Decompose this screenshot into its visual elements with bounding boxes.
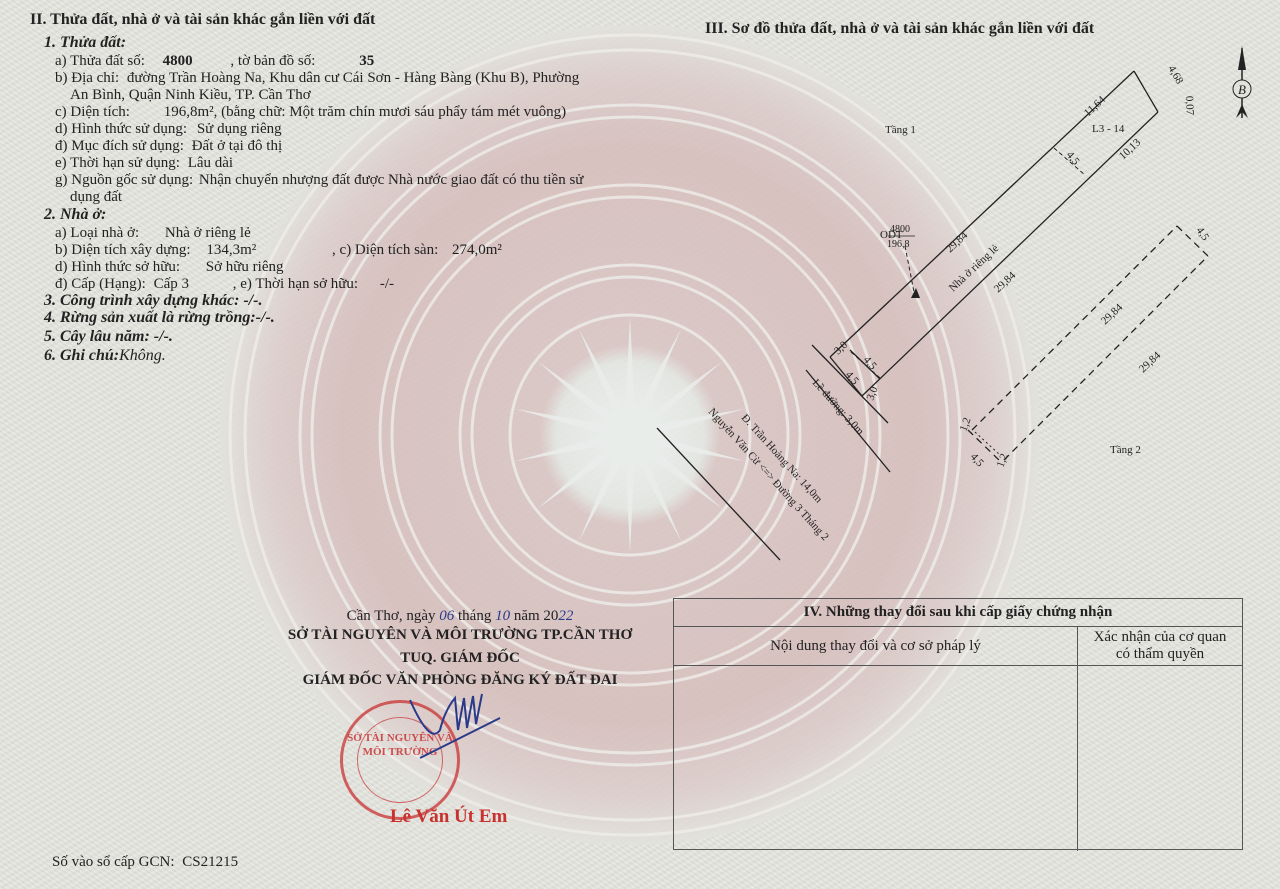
svg-text:4800: 4800 <box>890 224 910 235</box>
svg-text:10,13: 10,13 <box>1117 136 1144 162</box>
svg-text:Nguyễn Văn Cừ <=> Đường 3 Thán: Nguyễn Văn Cừ <=> Đường 3 Tháng 2 <box>706 406 831 543</box>
svg-text:4,5: 4,5 <box>968 451 986 470</box>
north-arrow-icon: B <box>1233 46 1251 118</box>
date-year: 22 <box>558 608 573 624</box>
section-4-title: IV. Những thay đổi sau khi cấp giấy chứn… <box>674 599 1242 627</box>
svg-text:29,84: 29,84 <box>1099 301 1126 327</box>
svg-text:4,5: 4,5 <box>1064 149 1082 168</box>
svg-text:Tầng 2: Tầng 2 <box>1110 444 1141 456</box>
proxy-title: TUQ. GIÁM ĐỐC <box>255 650 665 667</box>
date-day: 06 <box>439 608 454 624</box>
changes-table: IV. Những thay đổi sau khi cấp giấy chứn… <box>673 598 1243 850</box>
date-month: 10 <box>495 608 510 624</box>
svg-text:4,68: 4,68 <box>1165 64 1185 87</box>
svg-text:Tầng 1: Tầng 1 <box>885 124 916 136</box>
svg-text:Lề đường: 3,0m: Lề đường: 3,0m <box>810 377 867 438</box>
svg-text:L3 - 14: L3 - 14 <box>1092 123 1125 135</box>
handwritten-signature <box>400 690 510 780</box>
svg-text:196,8: 196,8 <box>887 239 910 250</box>
gcn-register-label: Số vào sổ cấp GCN: <box>52 854 175 870</box>
signer-name: Lê Văn Út Em <box>390 806 507 828</box>
svg-text:1,2: 1,2 <box>995 452 1011 469</box>
issuing-org: SỞ TÀI NGUYÊN VÀ MÔI TRƯỜNG TP.CẦN THƠ <box>255 627 665 644</box>
floor-2-outline <box>968 226 1208 461</box>
col-authority-confirmation: Xác nhận của cơ quan có thẩm quyền <box>1078 627 1242 665</box>
svg-text:3,0: 3,0 <box>832 339 851 357</box>
svg-text:4,5: 4,5 <box>843 369 861 388</box>
parcel-outline <box>657 71 1158 560</box>
svg-text:29,84: 29,84 <box>944 229 971 255</box>
change-content-cell <box>674 666 1078 851</box>
svg-text:4,5: 4,5 <box>1194 225 1212 244</box>
authority-confirmation-cell <box>1078 666 1242 851</box>
signer-role: GIÁM ĐỐC VĂN PHÒNG ĐĂNG KÝ ĐẤT ĐAI <box>255 672 665 689</box>
svg-text:29,84: 29,84 <box>1137 349 1164 375</box>
svg-text:0,07: 0,07 <box>1183 96 1196 116</box>
svg-text:1,2: 1,2 <box>958 416 974 433</box>
svg-text:29,84: 29,84 <box>992 269 1019 295</box>
svg-text:4,5: 4,5 <box>861 354 879 373</box>
svg-text:3,0: 3,0 <box>865 385 881 402</box>
gcn-register-row: Số vào sổ cấp GCN: CS21215 <box>52 853 238 871</box>
svg-text:B: B <box>1238 82 1246 97</box>
place-date: Cần Thơ, ngày 06 tháng 10 năm 2022 <box>255 608 665 625</box>
svg-text:11,64: 11,64 <box>1082 93 1108 119</box>
col-change-content: Nội dung thay đổi và cơ sở pháp lý <box>674 627 1078 665</box>
gcn-register-number: CS21215 <box>182 854 238 870</box>
